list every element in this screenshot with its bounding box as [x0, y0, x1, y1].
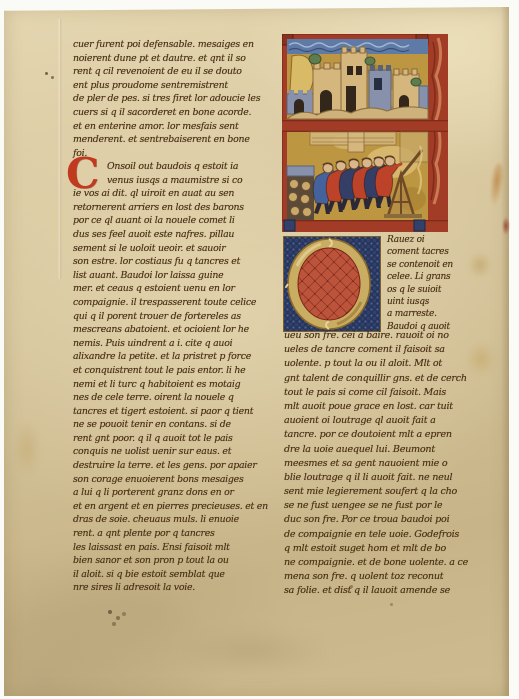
text-line: menderent. et sentrebaiserent en bone: [73, 133, 260, 147]
text-line: tancre. por ce doutoient mlt a epren: [284, 428, 468, 442]
decorated-initial-o: [283, 236, 381, 332]
text-line: son estre. lor costiaus fu q tancres et: [73, 255, 268, 269]
text-line: destruire la terre. et les gens. por apa…: [73, 459, 268, 473]
text-line: uolente. p tout la ou il aloit. Mlt ot: [284, 357, 468, 371]
text-line: mlt auoit poue grace en lost. car tuit: [284, 400, 468, 414]
text-line: meesmes et sa gent nauoient mie o: [284, 457, 468, 471]
text-line: Rauez oi: [387, 234, 453, 246]
text-line: a marreste.: [387, 308, 453, 320]
text-line: cuer furent poi defensable. mesaiges en: [73, 38, 260, 52]
text-line: noierent dune pt et dautre. et qnt il so: [73, 52, 260, 66]
text-line: ne compaignie. et de bone uolente. a ce: [284, 556, 468, 570]
text-line: se contenoit en: [387, 259, 453, 271]
text-line: mer. et ceaus q estoient uenu en lor: [73, 282, 268, 296]
text-line: il aloit. si q bie estoit semblat que: [73, 568, 268, 582]
text-line: dre la uoie auequel lui. Beumont: [284, 443, 468, 457]
text-line: venus iusqs a maumistre si co: [73, 174, 268, 188]
text-line: nemi et li turc q habitoient es motaig: [73, 378, 268, 392]
text-line: celee. Li grans: [387, 271, 453, 283]
text-line: nre sires li adresoit la voie.: [73, 581, 268, 595]
page-edge-shadow: [501, 7, 509, 696]
left-column-paragraph-2: Onsoil out baudois q estoit iavenus iusq…: [73, 160, 268, 595]
text-line: son corage enuoierent bons mesaiges: [73, 473, 268, 487]
text-line: bien sanor et son pron p tout la ou: [73, 554, 268, 568]
miniature-city-siege: [282, 34, 448, 232]
text-line: ueu son fre. cei a baire. rauoit oi no: [284, 329, 468, 343]
text-line: nemis. Puis uindrent a i. cite q auoi: [73, 337, 268, 351]
text-line: os q le suioit: [387, 284, 453, 296]
text-line: ent plus proudome sentremistrent: [73, 79, 260, 93]
city-register: [287, 39, 428, 119]
left-column-paragraph-1: cuer furent poi defensable. mesaiges enn…: [73, 38, 260, 160]
siege-register: [287, 132, 428, 220]
text-line: de pler de pes. si tres firet lor adouci…: [73, 92, 260, 106]
text-line: mescreans abatoient. et ocioient lor he: [73, 323, 268, 337]
initial-o-art: [283, 236, 381, 332]
text-line: les laissast en pais. Ensi faisoit mlt: [73, 541, 268, 555]
text-line: uint iusqs: [387, 296, 453, 308]
text-line: qui q il porent trouer de fortereles as: [73, 310, 268, 324]
text-line: nes de cele terre. oirent la nouele q: [73, 391, 268, 405]
text-line: retornerent arriers en lost des barons: [73, 201, 268, 215]
text-line: tancres et tigert estoient. si paor q ti…: [73, 405, 268, 419]
text-line: ne se pouoit tenir en contans. si de: [73, 418, 268, 432]
text-line: gnt talent de conquillir gns. et de cerc…: [284, 372, 468, 386]
text-line: ie vos ai dit. ql uiroit en auat au sen: [73, 187, 268, 201]
text-line: sa folie. et dist q il lauoit amende se: [284, 584, 468, 598]
text-line: se ne fust uengee se ne fust por le: [284, 499, 468, 513]
text-line: Onsoil out baudois q estoit ia: [73, 160, 268, 174]
text-line: conquis ne uolist uenir sur eaus. et: [73, 445, 268, 459]
text-line: ueles de tancre coment il faisoit sa: [284, 343, 468, 357]
text-line: mena son fre. q uolent toz reconut: [284, 570, 468, 584]
text-line: blie loutrage q il li auoit fait. ne neu…: [284, 471, 468, 485]
text-line: dras de soie. cheuaus muls. li enuoie: [73, 513, 268, 527]
register-divider: [282, 120, 448, 132]
text-line: rent. a qnt plente por q tancres: [73, 527, 268, 541]
text-line: auoient oi loutrage ql auoit fait a: [284, 414, 468, 428]
right-column-full-lines: ueu son fre. cei a baire. rauoit oi noue…: [284, 329, 468, 599]
text-line: coment tacres: [387, 246, 453, 258]
text-line: q mlt estoit suget hom et mlt de bo: [284, 542, 468, 556]
text-line: duc son fre. Por ce troua baudoi poi: [284, 513, 468, 527]
text-line: foi.: [73, 147, 260, 161]
text-line: rent q cil revenoient de eu il se douto: [73, 65, 260, 79]
text-line: tout le pais si come cil faisoit. Mais: [284, 386, 468, 400]
text-line: et en argent et en pierres precieuses. e…: [73, 500, 268, 514]
right-column-narrow-lines: Rauez oicoment tacresse contenoit encele…: [387, 234, 453, 333]
text-line: sement si le uoloit ueoir. et sauoir: [73, 242, 268, 256]
text-line: de compaignie en tele uoie. Godefrois: [284, 528, 468, 542]
text-line: et conquistrent tout le pais entor. li h…: [73, 364, 268, 378]
text-line: compaignie. il trespasserent toute celic…: [73, 296, 268, 310]
text-line: alixandre la petite. et la pristret p fo…: [73, 350, 268, 364]
text-line: a lui q li porterent granz dons en or: [73, 486, 268, 500]
text-line: cuers si q il sacorderet en bone acorde.: [73, 106, 260, 120]
text-line: sent mie legierement soufert q la cho: [284, 485, 468, 499]
text-line: dus ses feel auoit este nafres. pillau: [73, 228, 268, 242]
text-line: por ce ql auant oi la nouele comet li: [73, 214, 268, 228]
parchment-crease: [58, 19, 62, 279]
text-line: list auant. Baudoi lor laissa guine: [73, 269, 268, 283]
manuscript-photo: cuer furent poi defensable. mesaiges enn…: [0, 0, 519, 699]
text-line: et en enterine amor. lor mesfais sent: [73, 120, 260, 134]
text-line: rent gnt poor. q il q auoit tot le pais: [73, 432, 268, 446]
miniature-art: [282, 34, 448, 232]
